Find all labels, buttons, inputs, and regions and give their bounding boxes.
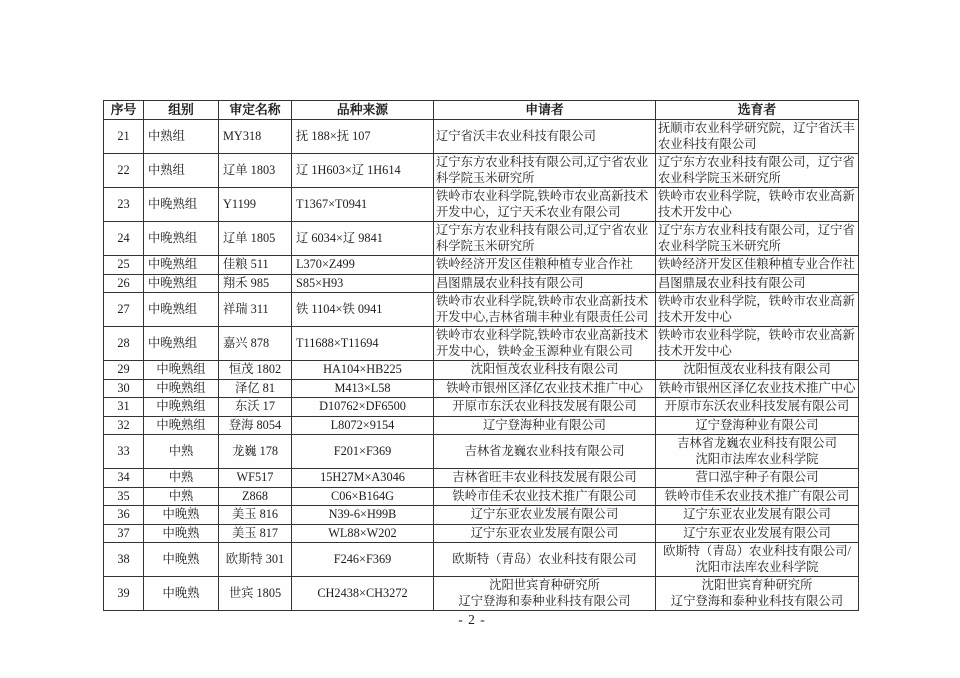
cell-no: 34 <box>104 469 144 488</box>
cell-name: 泽亿 81 <box>219 379 292 398</box>
column-header-2: 审定名称 <box>219 101 292 120</box>
cell-no: 36 <box>104 506 144 525</box>
cell-source: 抚 188×抚 107 <box>292 120 434 154</box>
cell-group: 中晚熟 <box>144 524 219 543</box>
cell-source: F201×F369 <box>292 435 434 469</box>
cell-source: 15H27M×A3046 <box>292 469 434 488</box>
table-row: 33中熟龙巍 178F201×F369吉林省龙巍农业科技有限公司吉林省龙巍农业科… <box>104 435 859 469</box>
cell-group: 中晚熟 <box>144 506 219 525</box>
cell-breeder: 昌图鼎晟农业科技有限公司 <box>656 274 859 293</box>
cell-breeder: 开原市东沃农业科技发展有限公司 <box>656 398 859 417</box>
cell-no: 22 <box>104 154 144 188</box>
column-header-0: 序号 <box>104 101 144 120</box>
page-number: - 2 - <box>0 612 944 628</box>
cell-applicant: 吉林省龙巍农业科技有限公司 <box>434 435 656 469</box>
cell-name: 辽单 1805 <box>219 222 292 256</box>
cell-group: 中晚熟组 <box>144 256 219 275</box>
cell-breeder: 铁岭市银州区泽亿农业技术推广中心 <box>656 379 859 398</box>
cell-breeder: 辽宁登海种业有限公司 <box>656 416 859 435</box>
table-row: 27中晚熟组祥瑞 311铁 1104×铁 0941铁岭市农业科学院,铁岭市农业高… <box>104 293 859 327</box>
cell-name: 世宾 1805 <box>219 577 292 611</box>
column-header-4: 申请者 <box>434 101 656 120</box>
cell-group: 中晚熟组 <box>144 293 219 327</box>
cell-applicant: 铁岭市农业科学院,铁岭市农业高新技术开发中心，铁岭金玉源种业有限公司 <box>434 327 656 361</box>
cell-source: 铁 1104×铁 0941 <box>292 293 434 327</box>
cell-applicant: 沈阳世宾育种研究所 辽宁登海和泰种业科技有限公司 <box>434 577 656 611</box>
cell-breeder: 辽宁东亚农业发展有限公司 <box>656 506 859 525</box>
cell-applicant: 辽宁东方农业科技有限公司,辽宁省农业科学院玉米研究所 <box>434 154 656 188</box>
table-row: 28中晚熟组嘉兴 878T11688×T11694铁岭市农业科学院,铁岭市农业高… <box>104 327 859 361</box>
table-row: 23中晚熟组Y1199T1367×T0941铁岭市农业科学院,铁岭市农业高新技术… <box>104 188 859 222</box>
cell-source: F246×F369 <box>292 543 434 577</box>
cell-no: 23 <box>104 188 144 222</box>
cell-group: 中晚熟组 <box>144 398 219 417</box>
cell-group: 中熟 <box>144 435 219 469</box>
column-header-3: 品种来源 <box>292 101 434 120</box>
cell-breeder: 铁岭市农业科学院，铁岭市农业高新技术开发中心 <box>656 188 859 222</box>
cell-breeder: 抚顺市农业科学研究院，辽宁省沃丰农业科技有限公司 <box>656 120 859 154</box>
cell-name: 登海 8054 <box>219 416 292 435</box>
cell-breeder: 辽宁东亚农业发展有限公司 <box>656 524 859 543</box>
cell-breeder: 铁岭市农业科学院，铁岭市农业高新技术开发中心 <box>656 293 859 327</box>
table-row: 37中晚熟美玉 817WL88×W202辽宁东亚农业发展有限公司辽宁东亚农业发展… <box>104 524 859 543</box>
cell-group: 中晚熟组 <box>144 379 219 398</box>
cell-breeder: 铁岭经济开发区佳粮种植专业合作社 <box>656 256 859 275</box>
table-row: 38中晚熟欧斯特 301F246×F369欧斯特（青岛）农业科技有限公司欧斯特（… <box>104 543 859 577</box>
cell-name: 嘉兴 878 <box>219 327 292 361</box>
cell-breeder: 沈阳世宾育种研究所 辽宁登海和泰种业科技有限公司 <box>656 577 859 611</box>
cell-breeder: 铁岭市佳禾农业技术推广有限公司 <box>656 487 859 506</box>
cell-no: 37 <box>104 524 144 543</box>
cell-group: 中熟 <box>144 469 219 488</box>
cell-name: 美玉 817 <box>219 524 292 543</box>
cell-name: 佳粮 511 <box>219 256 292 275</box>
table-row: 34中熟WF51715H27M×A3046吉林省旺丰农业科技发展有限公司营口泓宇… <box>104 469 859 488</box>
cell-name: Y1199 <box>219 188 292 222</box>
cell-applicant: 铁岭市银州区泽亿农业技术推广中心 <box>434 379 656 398</box>
cell-name: MY318 <box>219 120 292 154</box>
cell-applicant: 辽宁登海种业有限公司 <box>434 416 656 435</box>
table-row: 25中晚熟组佳粮 511L370×Z499铁岭经济开发区佳粮种植专业合作社铁岭经… <box>104 256 859 275</box>
cell-applicant: 铁岭市农业科学院,铁岭市农业高新技术开发中心，辽宁天禾农业有限公司 <box>434 188 656 222</box>
cell-source: C06×B164G <box>292 487 434 506</box>
cell-source: T1367×T0941 <box>292 188 434 222</box>
table-header-row: 序号组别审定名称品种来源申请者选育者 <box>104 101 859 120</box>
column-header-1: 组别 <box>144 101 219 120</box>
cell-no: 38 <box>104 543 144 577</box>
cell-source: S85×H93 <box>292 274 434 293</box>
cell-no: 29 <box>104 361 144 380</box>
variety-approval-table: 序号组别审定名称品种来源申请者选育者 21中熟组MY318抚 188×抚 107… <box>103 100 859 611</box>
cell-applicant: 辽宁东方农业科技有限公司,辽宁省农业科学院玉米研究所 <box>434 222 656 256</box>
cell-applicant: 吉林省旺丰农业科技发展有限公司 <box>434 469 656 488</box>
cell-breeder: 营口泓宇种子有限公司 <box>656 469 859 488</box>
cell-name: 欧斯特 301 <box>219 543 292 577</box>
cell-applicant: 铁岭市佳禾农业技术推广有限公司 <box>434 487 656 506</box>
cell-group: 中晚熟组 <box>144 361 219 380</box>
cell-source: T11688×T11694 <box>292 327 434 361</box>
cell-applicant: 沈阳恒茂农业科技有限公司 <box>434 361 656 380</box>
cell-group: 中晚熟组 <box>144 188 219 222</box>
table-row: 21中熟组MY318抚 188×抚 107辽宁省沃丰农业科技有限公司抚顺市农业科… <box>104 120 859 154</box>
cell-applicant: 开原市东沃农业科技发展有限公司 <box>434 398 656 417</box>
cell-group: 中熟 <box>144 487 219 506</box>
cell-no: 31 <box>104 398 144 417</box>
cell-applicant: 昌图鼎晟农业科技有限公司 <box>434 274 656 293</box>
cell-no: 28 <box>104 327 144 361</box>
scanned-document-page: 序号组别审定名称品种来源申请者选育者 21中熟组MY318抚 188×抚 107… <box>0 0 960 678</box>
cell-source: M413×L58 <box>292 379 434 398</box>
table-row: 31中晚熟组东沃 17D10762×DF6500开原市东沃农业科技发展有限公司开… <box>104 398 859 417</box>
cell-breeder: 吉林省龙巍农业科技有限公司 沈阳市法库农业科学院 <box>656 435 859 469</box>
table-row: 32中晚熟组登海 8054L8072×9154辽宁登海种业有限公司辽宁登海种业有… <box>104 416 859 435</box>
cell-applicant: 欧斯特（青岛）农业科技有限公司 <box>434 543 656 577</box>
cell-no: 25 <box>104 256 144 275</box>
table-row: 22中熟组辽单 1803辽 1H603×辽 1H614辽宁东方农业科技有限公司,… <box>104 154 859 188</box>
table-row: 24中晚熟组辽单 1805辽 6034×辽 9841辽宁东方农业科技有限公司,辽… <box>104 222 859 256</box>
column-header-5: 选育者 <box>656 101 859 120</box>
table-row: 39中晚熟世宾 1805CH2438×CH3272沈阳世宾育种研究所 辽宁登海和… <box>104 577 859 611</box>
cell-name: WF517 <box>219 469 292 488</box>
cell-no: 27 <box>104 293 144 327</box>
cell-name: 恒茂 1802 <box>219 361 292 380</box>
cell-source: 辽 6034×辽 9841 <box>292 222 434 256</box>
cell-no: 30 <box>104 379 144 398</box>
cell-group: 中熟组 <box>144 120 219 154</box>
cell-group: 中晚熟组 <box>144 222 219 256</box>
cell-group: 中晚熟 <box>144 577 219 611</box>
cell-applicant: 辽宁东亚农业发展有限公司 <box>434 506 656 525</box>
cell-applicant: 辽宁东亚农业发展有限公司 <box>434 524 656 543</box>
cell-no: 33 <box>104 435 144 469</box>
cell-source: CH2438×CH3272 <box>292 577 434 611</box>
table-row: 30中晚熟组泽亿 81M413×L58铁岭市银州区泽亿农业技术推广中心铁岭市银州… <box>104 379 859 398</box>
table-row: 36中晚熟美玉 816N39-6×H99B辽宁东亚农业发展有限公司辽宁东亚农业发… <box>104 506 859 525</box>
cell-name: 龙巍 178 <box>219 435 292 469</box>
cell-source: L370×Z499 <box>292 256 434 275</box>
cell-group: 中晚熟组 <box>144 327 219 361</box>
cell-no: 39 <box>104 577 144 611</box>
cell-applicant: 铁岭经济开发区佳粮种植专业合作社 <box>434 256 656 275</box>
table-row: 26中晚熟组翔禾 985S85×H93昌图鼎晟农业科技有限公司昌图鼎晟农业科技有… <box>104 274 859 293</box>
cell-source: WL88×W202 <box>292 524 434 543</box>
cell-source: L8072×9154 <box>292 416 434 435</box>
cell-name: 美玉 816 <box>219 506 292 525</box>
cell-no: 32 <box>104 416 144 435</box>
cell-group: 中晚熟 <box>144 543 219 577</box>
cell-name: 辽单 1803 <box>219 154 292 188</box>
cell-breeder: 铁岭市农业科学院，铁岭市农业高新技术开发中心 <box>656 327 859 361</box>
cell-name: 祥瑞 311 <box>219 293 292 327</box>
cell-group: 中熟组 <box>144 154 219 188</box>
cell-source: D10762×DF6500 <box>292 398 434 417</box>
cell-no: 21 <box>104 120 144 154</box>
cell-no: 24 <box>104 222 144 256</box>
table-body: 21中熟组MY318抚 188×抚 107辽宁省沃丰农业科技有限公司抚顺市农业科… <box>104 120 859 611</box>
cell-breeder: 欧斯特（青岛）农业科技有限公司/沈阳市法库农业科学院 <box>656 543 859 577</box>
cell-no: 26 <box>104 274 144 293</box>
cell-name: 东沃 17 <box>219 398 292 417</box>
cell-breeder: 辽宁东方农业科技有限公司，辽宁省农业科学院玉米研究所 <box>656 154 859 188</box>
cell-group: 中晚熟组 <box>144 274 219 293</box>
cell-source: N39-6×H99B <box>292 506 434 525</box>
cell-applicant: 铁岭市农业科学院,铁岭市农业高新技术开发中心,吉林省瑞丰种业有限责任公司 <box>434 293 656 327</box>
cell-group: 中晚熟组 <box>144 416 219 435</box>
cell-breeder: 沈阳恒茂农业科技有限公司 <box>656 361 859 380</box>
cell-source: HA104×HB225 <box>292 361 434 380</box>
cell-source: 辽 1H603×辽 1H614 <box>292 154 434 188</box>
table-row: 35中熟Z868C06×B164G铁岭市佳禾农业技术推广有限公司铁岭市佳禾农业技… <box>104 487 859 506</box>
cell-name: 翔禾 985 <box>219 274 292 293</box>
cell-name: Z868 <box>219 487 292 506</box>
cell-applicant: 辽宁省沃丰农业科技有限公司 <box>434 120 656 154</box>
cell-breeder: 辽宁东方农业科技有限公司，辽宁省农业科学院玉米研究所 <box>656 222 859 256</box>
cell-no: 35 <box>104 487 144 506</box>
table-row: 29中晚熟组恒茂 1802HA104×HB225沈阳恒茂农业科技有限公司沈阳恒茂… <box>104 361 859 380</box>
